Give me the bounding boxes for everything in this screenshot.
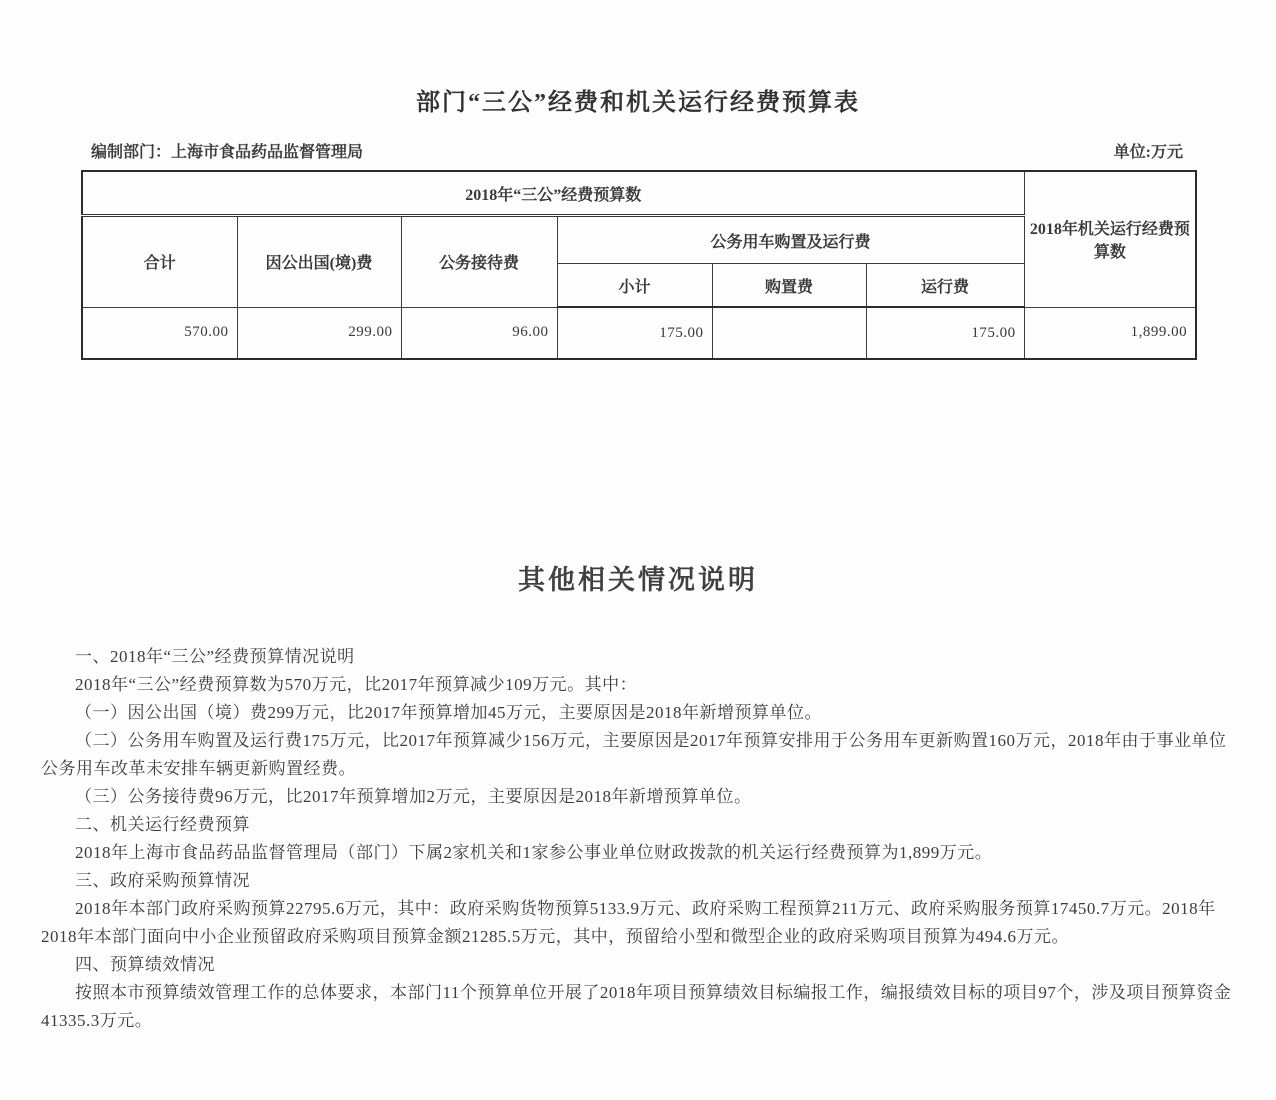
header-abroad: 因公出国(境)费: [237, 216, 401, 308]
prepared-by-label: 编制部门：上海市食品药品监督管理局: [81, 139, 363, 162]
budget-table: 2018年“三公”经费预算数 2018年机关运行经费预算数 合计 因公出国(境)…: [81, 170, 1197, 360]
notes-section-title: 其他相关情况说明: [0, 558, 1276, 597]
header-total: 合计: [82, 216, 237, 308]
header-reception: 公务接待费: [401, 216, 557, 308]
cell-reception: 96.00: [401, 307, 557, 359]
header-vehicle-group: 公务用车购置及运行费: [557, 216, 1024, 264]
header-sangong-group: 2018年“三公”经费预算数: [82, 171, 1024, 216]
table-data-row: 570.00 299.00 96.00 175.00 175.00 1,899.…: [82, 307, 1196, 359]
note-paragraph: 按照本市预算绩效管理工作的总体要求，本部门11个预算单位开展了2018年项目预算…: [41, 979, 1235, 1035]
header-operating-budget: 2018年机关运行经费预算数: [1024, 171, 1196, 307]
table-header-row-1: 2018年“三公”经费预算数 2018年机关运行经费预算数: [82, 171, 1196, 216]
header-vehicle-purchase: 购置费: [712, 264, 866, 308]
note-paragraph: 二、机关运行经费预算: [41, 811, 1235, 839]
cell-operating-budget: 1,899.00: [1024, 307, 1196, 359]
note-paragraph: 四、预算绩效情况: [41, 951, 1235, 979]
note-paragraph: 三、政府采购预算情况: [41, 867, 1235, 895]
note-paragraph: 一、2018年“三公”经费预算情况说明: [41, 643, 1235, 671]
cell-vehicle-subtotal: 175.00: [557, 307, 712, 359]
note-paragraph: 2018年上海市食品药品监督管理局（部门）下属2家机关和1家参公事业单位财政拨款…: [41, 839, 1235, 867]
notes-body: 一、2018年“三公”经费预算情况说明2018年“三公”经费预算数为570万元，…: [41, 643, 1235, 1035]
table-meta-row: 编制部门：上海市食品药品监督管理局 单位:万元: [81, 139, 1195, 162]
header-vehicle-subtotal: 小计: [557, 264, 712, 308]
page-title: 部门“三公”经费和机关运行经费预算表: [0, 0, 1276, 117]
header-vehicle-operation: 运行费: [866, 264, 1024, 308]
note-paragraph: 2018年“三公”经费预算数为570万元，比2017年预算减少109万元。其中：: [41, 671, 1235, 699]
note-paragraph: 2018年本部门政府采购预算22795.6万元，其中：政府采购货物预算5133.…: [41, 895, 1235, 951]
unit-label: 单位:万元: [1114, 139, 1195, 162]
cell-vehicle-operation: 175.00: [866, 307, 1024, 359]
cell-abroad: 299.00: [237, 307, 401, 359]
budget-sheet: 编制部门：上海市食品药品监督管理局 单位:万元 2018年“三公”经费预算数 2…: [81, 139, 1195, 360]
note-paragraph: （三）公务接待费96万元，比2017年预算增加2万元，主要原因是2018年新增预…: [41, 783, 1235, 811]
note-paragraph: （一）因公出国（境）费299万元，比2017年预算增加45万元，主要原因是201…: [41, 699, 1235, 727]
cell-vehicle-purchase: [712, 307, 866, 359]
cell-total: 570.00: [82, 307, 237, 359]
document-page: 部门“三公”经费和机关运行经费预算表 编制部门：上海市食品药品监督管理局 单位:…: [0, 0, 1276, 1100]
note-paragraph: （二）公务用车购置及运行费175万元，比2017年预算减少156万元，主要原因是…: [41, 727, 1235, 783]
